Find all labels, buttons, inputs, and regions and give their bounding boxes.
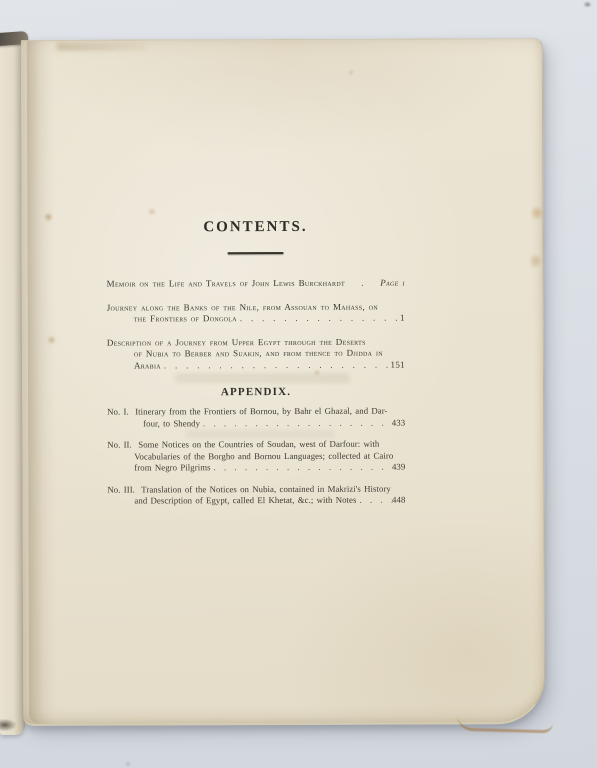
entry-text: the Frontiers of Dongola (134, 313, 237, 325)
appendix-item-2-cont: Vocabularies of the Borgho and Bornou La… (107, 450, 405, 463)
toc-entry-description-cont: of Nubia to Berber and Suakin, and from … (107, 348, 405, 361)
entry-text: Arabia (134, 360, 161, 372)
toc-entry-description: Description of a Journey from Upper Egyp… (107, 336, 405, 349)
entry-text: from Negro Pilgrims (134, 462, 210, 474)
page-number: Page i (380, 278, 404, 290)
photo-corner-speck (583, 1, 592, 8)
entry-text: of Nubia to Berber and Suakin, and from … (134, 348, 383, 360)
entry-text: Vocabularies of the Borgho and Bornou La… (134, 450, 393, 462)
toc-entry-description-cont2: Arabia . . . . . . . . . . . . . . . . .… (107, 359, 405, 372)
foxing-spot (348, 70, 354, 75)
foxing-spot (530, 252, 541, 270)
page-number: 433 (392, 417, 405, 429)
page-block-edge (457, 715, 553, 734)
entry-text: No. I. Itinerary from the Frontiers of B… (107, 406, 387, 418)
entry-text: Memoir on the Life and Travels of John L… (107, 278, 345, 290)
entry-text: and Description of Egypt, called El Khet… (134, 495, 356, 507)
appendix-item-1: No. I. Itinerary from the Frontiers of B… (107, 406, 405, 419)
ink-showthrough (185, 430, 335, 438)
entry-text: No. II. Some Notices on the Countries of… (107, 439, 379, 451)
dot-leader: . . . . . (356, 495, 392, 507)
foxing-spot (44, 213, 53, 221)
dust-speck (126, 762, 130, 766)
page-number: 1 (400, 313, 405, 325)
page-number: 448 (392, 495, 405, 507)
title-rule (228, 252, 284, 254)
foxing-spot (531, 205, 543, 221)
dot-leader: . . . . . . . . . . . . . . . . . . . . … (200, 417, 392, 429)
appendix-item-3-cont: and Description of Egypt, called El Khet… (107, 495, 405, 508)
appendix-item-1-cont: four, to Shendy . . . . . . . . . . . . … (107, 417, 405, 430)
toc-entry-journey: Journey along the Banks of the Nile, fro… (107, 301, 405, 314)
appendix-item-2-cont2: from Negro Pilgrims . . . . . . . . . . … (107, 462, 405, 475)
cover-edge-fragment (0, 719, 16, 731)
foxing-spot (148, 208, 156, 215)
page-number: 151 (391, 359, 405, 371)
book-photograph: CONTENTS. Memoir on the Life and Travels… (0, 0, 597, 768)
entry-text: four, to Shendy (143, 418, 200, 430)
contents-text-block: CONTENTS. Memoir on the Life and Travels… (106, 218, 405, 508)
dot-leader: . . . . . . . . . . . . . . . . . . . . … (161, 359, 391, 371)
appendix-item-2: No. II. Some Notices on the Countries of… (107, 439, 405, 452)
dot-leader: . . . . . . . . . . . . . . . . . . . . … (237, 313, 400, 325)
toc-entry-memoir: Memoir on the Life and Travels of John L… (107, 278, 405, 291)
page-number: 439 (392, 462, 405, 474)
toc-entry-journey-cont: the Frontiers of Dongola . . . . . . . .… (107, 313, 405, 326)
entry-text: Journey along the Banks of the Nile, fro… (107, 301, 378, 313)
ink-showthrough (175, 373, 350, 383)
appendix-heading: APPENDIX. (107, 386, 405, 400)
dot-leader: . (345, 278, 380, 290)
entry-text: Description of a Journey from Upper Egyp… (107, 336, 366, 348)
page-title: CONTENTS. (106, 218, 404, 237)
foxing-spot (47, 336, 56, 344)
appendix-item-3: No. III. Translation of the Notices on N… (107, 483, 405, 496)
dot-leader: . . . . . . . . . . . . . . . . . . . . … (211, 462, 392, 474)
top-edge-smudge (57, 42, 147, 50)
entry-text: No. III. Translation of the Notices on N… (107, 483, 391, 495)
